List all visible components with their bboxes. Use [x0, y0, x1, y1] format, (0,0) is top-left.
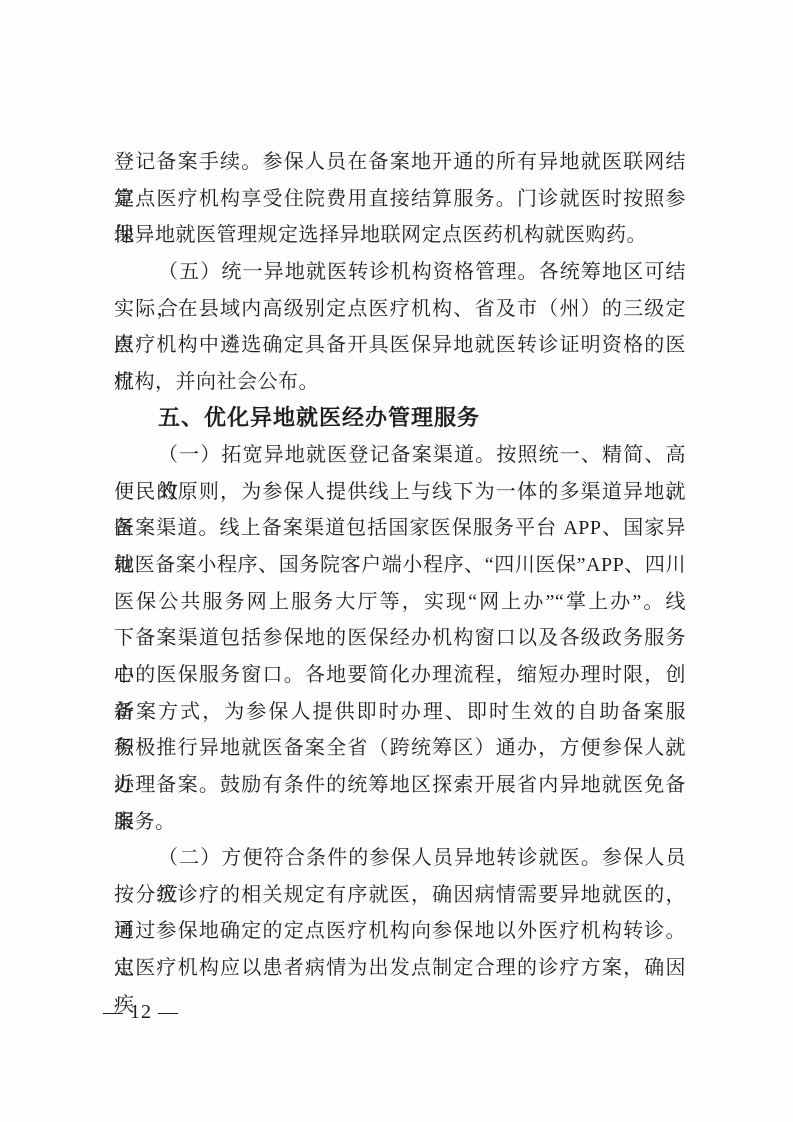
- text-line: 心的医保服务窗口。各地要简化办理流程，缩短办理时限，创新: [114, 657, 686, 694]
- text-line: 定点医疗机构享受住院费用直接结算服务。门诊就医时按照参保: [114, 181, 686, 218]
- document-page: 登记备案手续。参保人员在备案地开通的所有异地就医联网结算 定点医疗机构享受住院费…: [0, 0, 793, 1122]
- text-line: 医疗机构中遴选确定具备开具医保异地就医转诊证明资格的医疗: [114, 327, 686, 364]
- text-line: 地异地就医管理规定选择异地联网定点医药机构就医购药。: [114, 217, 686, 254]
- text-line: 实际，在县域内高级别定点医疗机构、省及市（州）的三级定点: [114, 291, 686, 328]
- text-line: 机构，并向社会公布。: [114, 364, 686, 401]
- text-line: （二）方便符合条件的参保人员异地转诊就医。参保人员应: [114, 840, 686, 877]
- text-line: （五）统一异地就医转诊机构资格管理。各统筹地区可结合: [114, 254, 686, 291]
- text-line: 登记备案手续。参保人员在备案地开通的所有异地就医联网结算: [114, 144, 686, 181]
- page-number: — 12 —: [103, 996, 179, 1028]
- text-line: 下备案渠道包括参保地的医保经办机构窗口以及各级政务服务中: [114, 620, 686, 657]
- document-text-block: 登记备案手续。参保人员在备案地开通的所有异地就医联网结算 定点医疗机构享受住院费…: [114, 144, 686, 987]
- text-line: 医保公共服务网上服务大厅等，实现“网上办”“掌上办”。线: [114, 584, 686, 621]
- text-line: 便民的原则，为参保人提供线上与线下为一体的多渠道异地就医: [114, 474, 686, 511]
- text-line: 服务。: [114, 804, 686, 841]
- text-line: 积极推行异地就医备案全省（跨统筹区）通办，方便参保人就近: [114, 730, 686, 767]
- text-line: 备案方式，为参保人提供即时办理、即时生效的自助备案服务。: [114, 694, 686, 731]
- section-heading: 五、优化异地就医经办管理服务: [114, 400, 686, 437]
- text-line: 备案渠道。线上备案渠道包括国家医保服务平台 APP、国家异地: [114, 510, 686, 547]
- text-line: （一）拓宽异地就医登记备案渠道。按照统一、精简、高效、: [114, 437, 686, 474]
- text-line: 办理备案。鼓励有条件的统筹地区探索开展省内异地就医免备案: [114, 767, 686, 804]
- text-line: 按分级诊疗的相关规定有序就医，确因病情需要异地就医的，可: [114, 877, 686, 914]
- text-line: 就医备案小程序、国务院客户端小程序、“四川医保”APP、四川: [114, 547, 686, 584]
- text-line: 点医疗机构应以患者病情为出发点制定合理的诊疗方案，确因疾: [114, 950, 686, 987]
- text-line: 通过参保地确定的定点医疗机构向参保地以外医疗机构转诊。定: [114, 913, 686, 950]
